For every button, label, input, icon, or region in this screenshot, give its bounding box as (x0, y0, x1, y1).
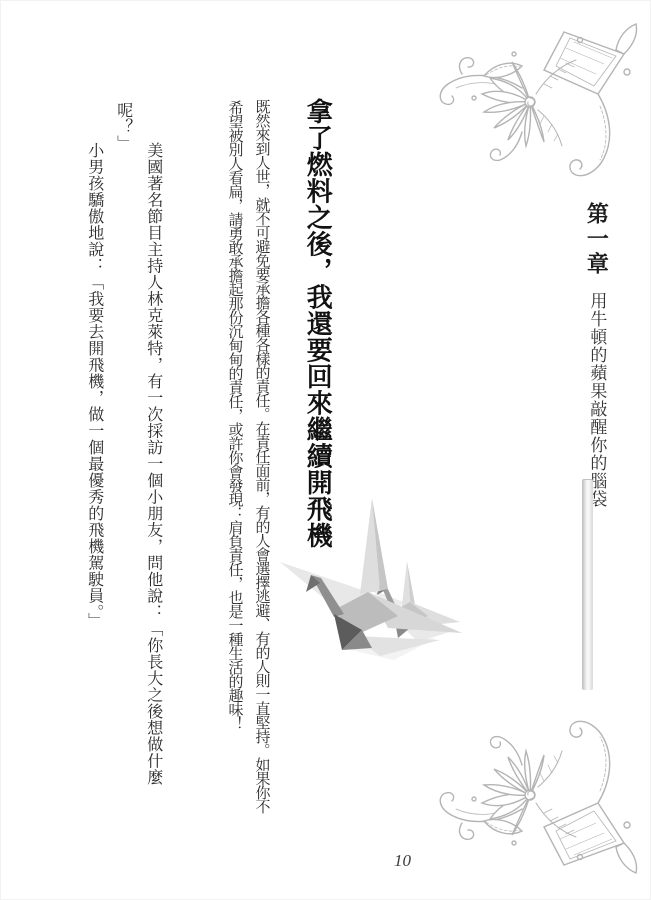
floral-corner-ornament-bottom-icon (426, 710, 644, 884)
floral-corner-ornament-top-icon (426, 14, 644, 186)
chapter-number: 第一章 (584, 202, 609, 277)
chapter-title: 用牛頓的蘋果敲醒你的腦袋 (587, 292, 606, 508)
origami-cranes-illustration-icon (276, 490, 468, 668)
intro-paragraph-column-1: 既然來到人世，就不可避免要承擔各種各樣的責任。在責任面前，有的人會選擇逃避、有的… (251, 99, 271, 813)
page-number: 10 (394, 851, 411, 871)
chapter-header: 第一章用牛頓的蘋果敲醒你的腦袋 (583, 202, 609, 508)
section-headline: 拿了燃料之後，我還要回來繼續開飛機 (302, 98, 333, 549)
story-paragraph-column-3: 小男孩驕傲地說：「我要去開飛機，做一個最優秀的飛機駕駛員。」 (83, 142, 104, 629)
story-paragraph-column-1: 美國著名節目主持人林克萊特，有一次採訪一個小朋友，問他說：「你長大之後想做什麼 (142, 142, 163, 786)
story-paragraph-column-2: 呢？」 (112, 102, 133, 152)
intro-paragraph-column-2: 希望被別人看扁，請勇敢承擔起那份沉甸甸的責任，或許你會發現：肩負責任，也是一種生… (224, 100, 244, 730)
chapter-divider-rule (582, 479, 593, 690)
book-page: 第一章用牛頓的蘋果敲醒你的腦袋 拿了燃料之後，我還要回來繼續開飛機 既然來到人世… (0, 0, 651, 900)
